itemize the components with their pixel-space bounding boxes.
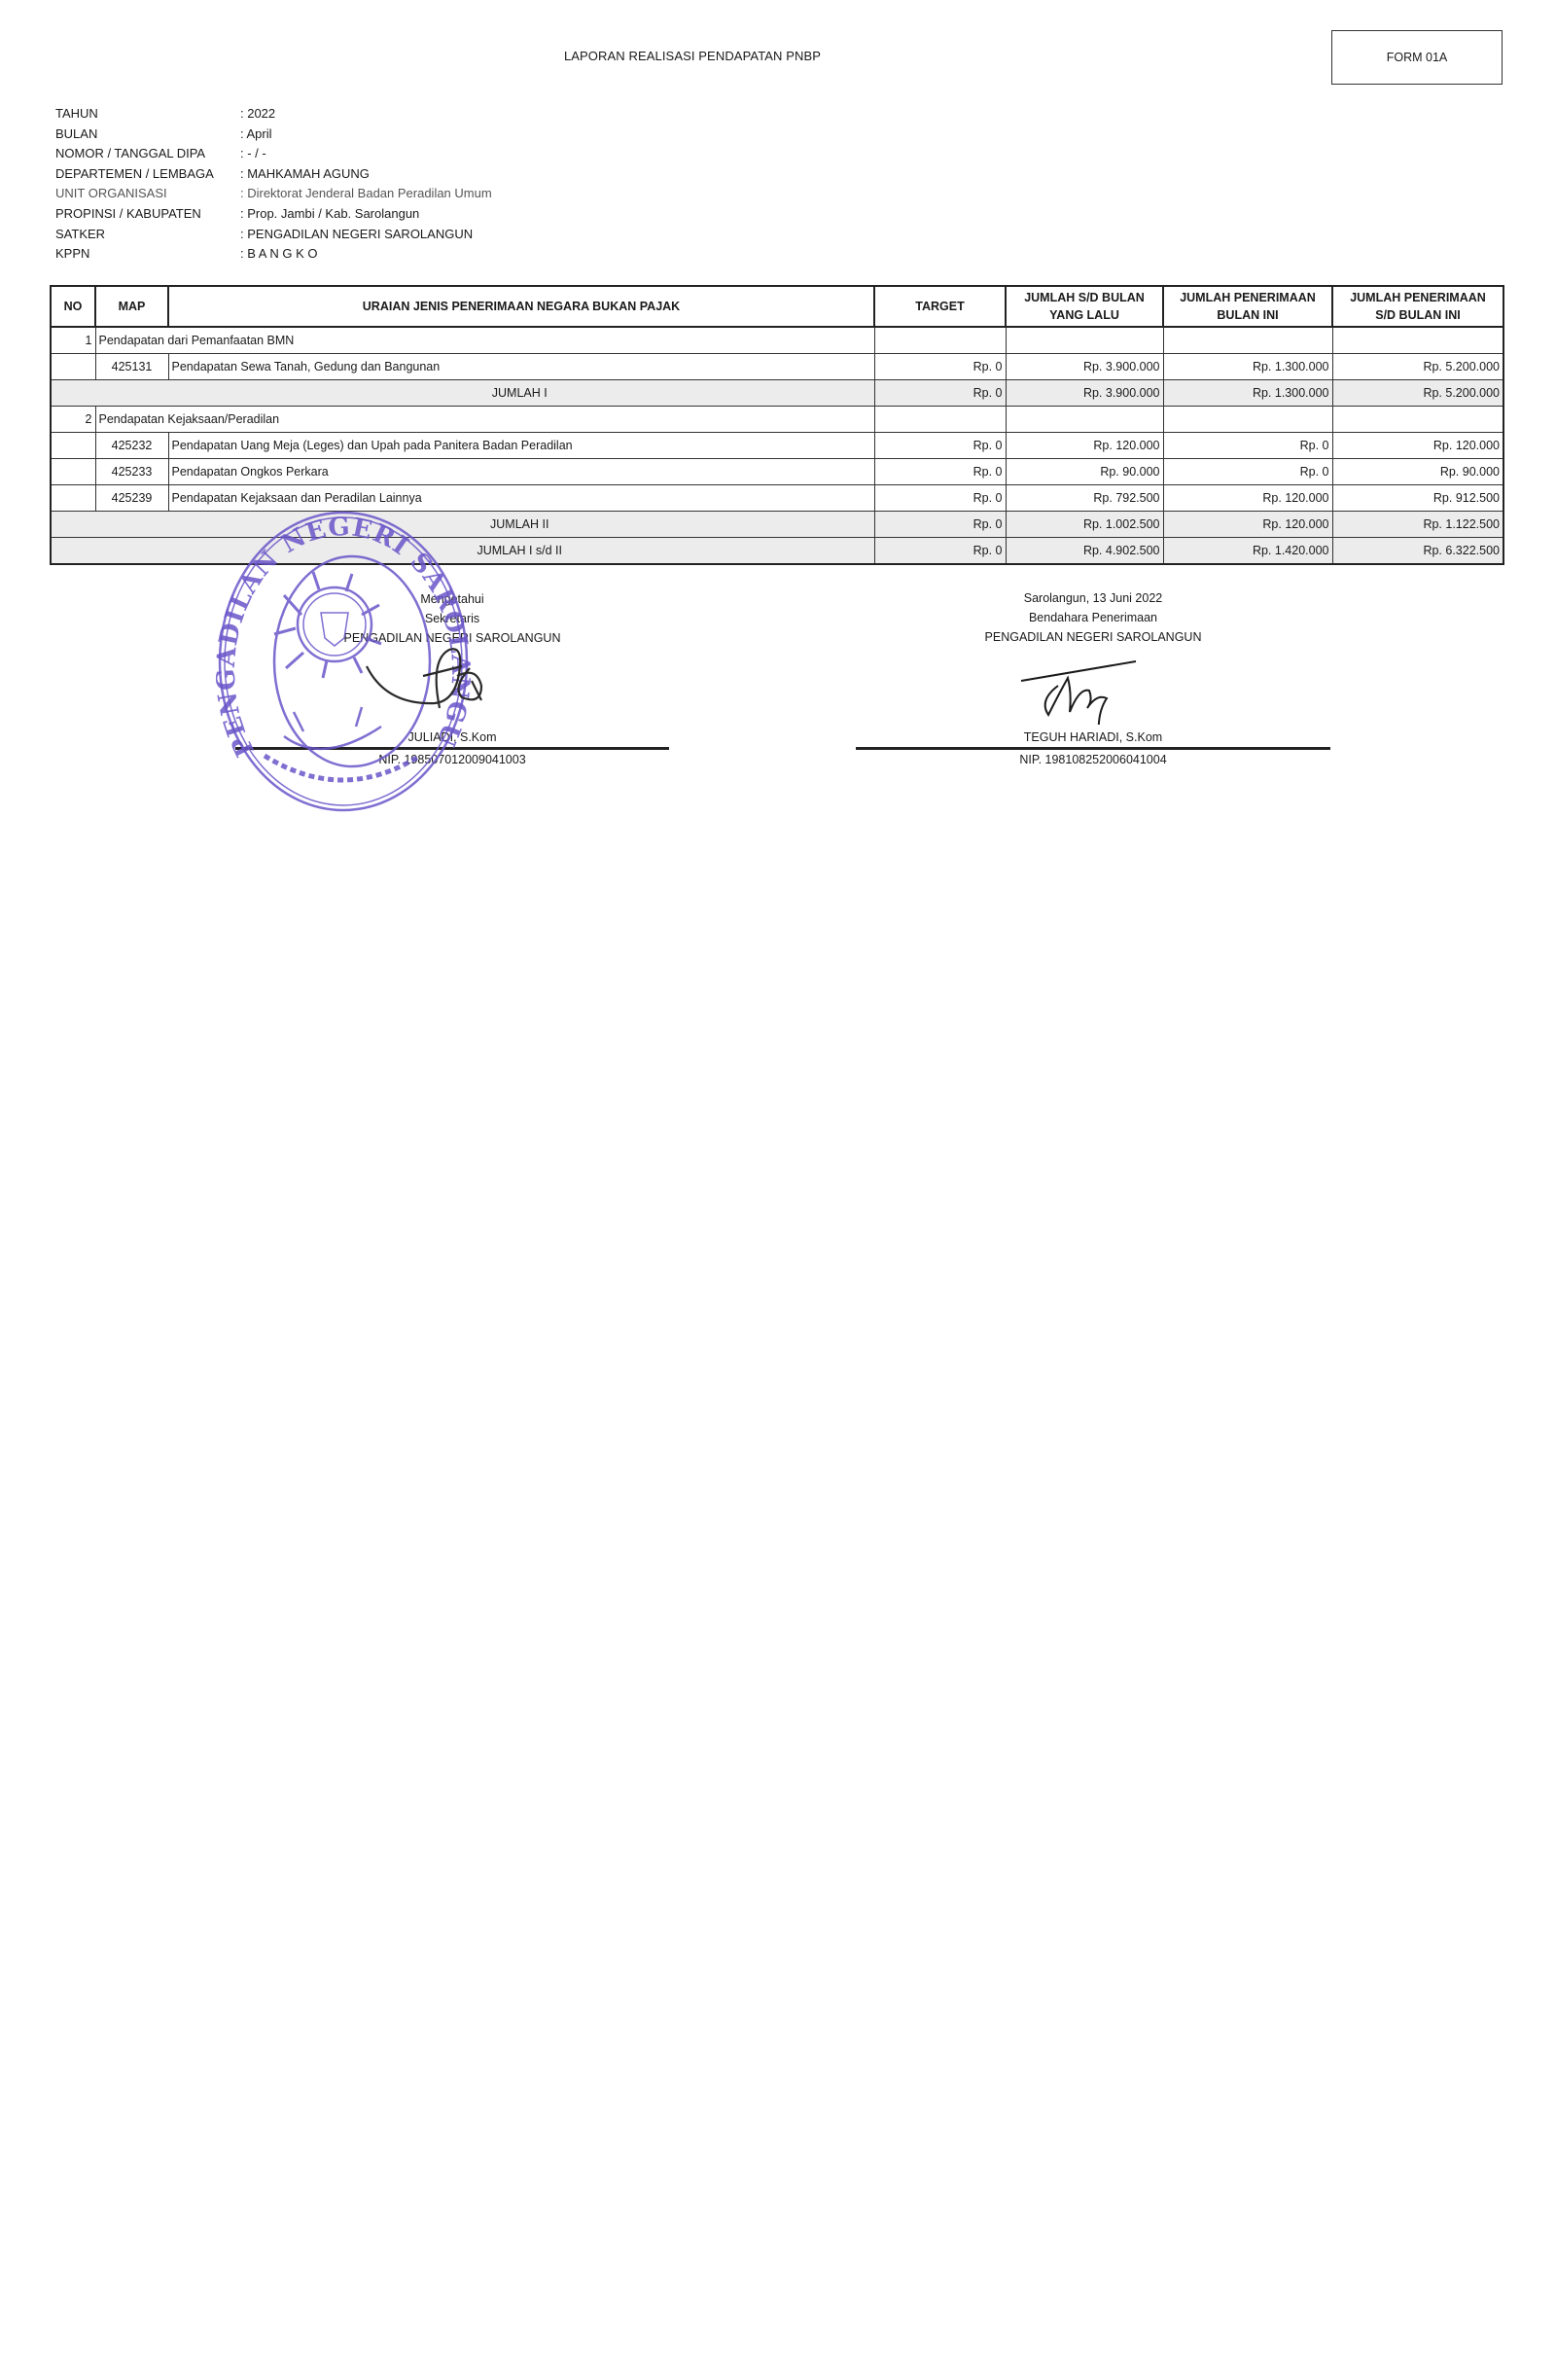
target: Rp. 0: [874, 354, 1006, 380]
penerimaan-ini: Rp. 1.300.000: [1163, 354, 1332, 380]
map-code: 425239: [95, 485, 168, 512]
col-penerimaan-bulan-ini: JUMLAH PENERIMAANBULAN INI: [1163, 286, 1332, 327]
meta-row-dipa: NOMOR / TANGGAL DIPA: - / -: [55, 144, 492, 164]
meta-row-kppn: KPPN: B A N G K O: [55, 244, 492, 265]
report-metadata: TAHUN: 2022 BULAN: April NOMOR / TANGGAL…: [55, 104, 492, 265]
subtotal-label: JUMLAH II: [51, 512, 874, 538]
revenue-table: NO MAP URAIAN JENIS PENERIMAAN NEGARA BU…: [50, 285, 1504, 565]
col-jumlah-lalu: JUMLAH S/D BULANYANG LALU: [1006, 286, 1163, 327]
signer-nip: NIP. 198507012009041003: [235, 750, 669, 769]
meta-row-tahun: TAHUN: 2022: [55, 104, 492, 124]
penerimaan-sd: Rp. 5.200.000: [1332, 354, 1503, 380]
map-code: 425131: [95, 354, 168, 380]
signer-name: TEGUH HARIADI, S.Kom: [856, 728, 1330, 747]
col-target: TARGET: [874, 286, 1006, 327]
signer-nip: NIP. 198108252006041004: [856, 750, 1330, 769]
subtotal-label: JUMLAH I: [51, 380, 874, 407]
meta-row-bulan: BULAN: April: [55, 124, 492, 145]
grand-total-label: JUMLAH I s/d II: [51, 538, 874, 565]
group-row: 2 Pendapatan Kejaksaan/Peradilan: [51, 407, 1503, 433]
group-title: Pendapatan Kejaksaan/Peradilan: [95, 407, 874, 433]
signature-block-treasurer: Sarolangun, 13 Juni 2022 Bendahara Pener…: [856, 588, 1330, 769]
signer-name: JULIADI, S.Kom: [235, 728, 669, 747]
col-penerimaan-sd-bulan-ini: JUMLAH PENERIMAANS/D BULAN INI: [1332, 286, 1503, 327]
table-row: 425232 Pendapatan Uang Meja (Leges) dan …: [51, 433, 1503, 459]
table-header: NO MAP URAIAN JENIS PENERIMAAN NEGARA BU…: [51, 286, 1503, 327]
col-uraian: URAIAN JENIS PENERIMAAN NEGARA BUKAN PAJ…: [168, 286, 874, 327]
grand-total-row: JUMLAH I s/d II Rp. 0 Rp. 4.902.500 Rp. …: [51, 538, 1503, 565]
subtotal-row: JUMLAH II Rp. 0 Rp. 1.002.500 Rp. 120.00…: [51, 512, 1503, 538]
col-map: MAP: [95, 286, 168, 327]
table-row: 425131 Pendapatan Sewa Tanah, Gedung dan…: [51, 354, 1503, 380]
uraian: Pendapatan Sewa Tanah, Gedung dan Bangun…: [168, 354, 874, 380]
group-no: 1: [51, 327, 95, 354]
form-code: FORM 01A: [1387, 51, 1448, 64]
subtotal-row: JUMLAH I Rp. 0 Rp. 3.900.000 Rp. 1.300.0…: [51, 380, 1503, 407]
map-code: 425232: [95, 433, 168, 459]
uraian: Pendapatan Kejaksaan dan Peradilan Lainn…: [168, 485, 874, 512]
form-code-box: FORM 01A: [1331, 30, 1503, 85]
signature-block-secretary: Mengetahui Sekretaris PENGADILAN NEGERI …: [235, 589, 669, 769]
group-title: Pendapatan dari Pemanfaatan BMN: [95, 327, 874, 354]
jumlah-lalu: Rp. 3.900.000: [1006, 354, 1163, 380]
table-row: 425233 Pendapatan Ongkos Perkara Rp. 0 R…: [51, 459, 1503, 485]
group-no: 2: [51, 407, 95, 433]
place-date: Sarolangun, 13 Juni 2022: [856, 588, 1330, 608]
uraian: Pendapatan Uang Meja (Leges) dan Upah pa…: [168, 433, 874, 459]
col-no: NO: [51, 286, 95, 327]
report-title: LAPORAN REALISASI PENDAPATAN PNBP: [0, 49, 1385, 63]
meta-row-unit-organisasi: UNIT ORGANISASI: Direktorat Jenderal Bad…: [55, 184, 492, 204]
meta-row-departemen: DEPARTEMEN / LEMBAGA: MAHKAMAH AGUNG: [55, 164, 492, 185]
meta-row-propinsi: PROPINSI / KABUPATEN: Prop. Jambi / Kab.…: [55, 204, 492, 225]
meta-row-satker: SATKER: PENGADILAN NEGERI SAROLANGUN: [55, 225, 492, 245]
uraian: Pendapatan Ongkos Perkara: [168, 459, 874, 485]
group-row: 1 Pendapatan dari Pemanfaatan BMN: [51, 327, 1503, 354]
map-code: 425233: [95, 459, 168, 485]
table-row: 425239 Pendapatan Kejaksaan dan Peradila…: [51, 485, 1503, 512]
